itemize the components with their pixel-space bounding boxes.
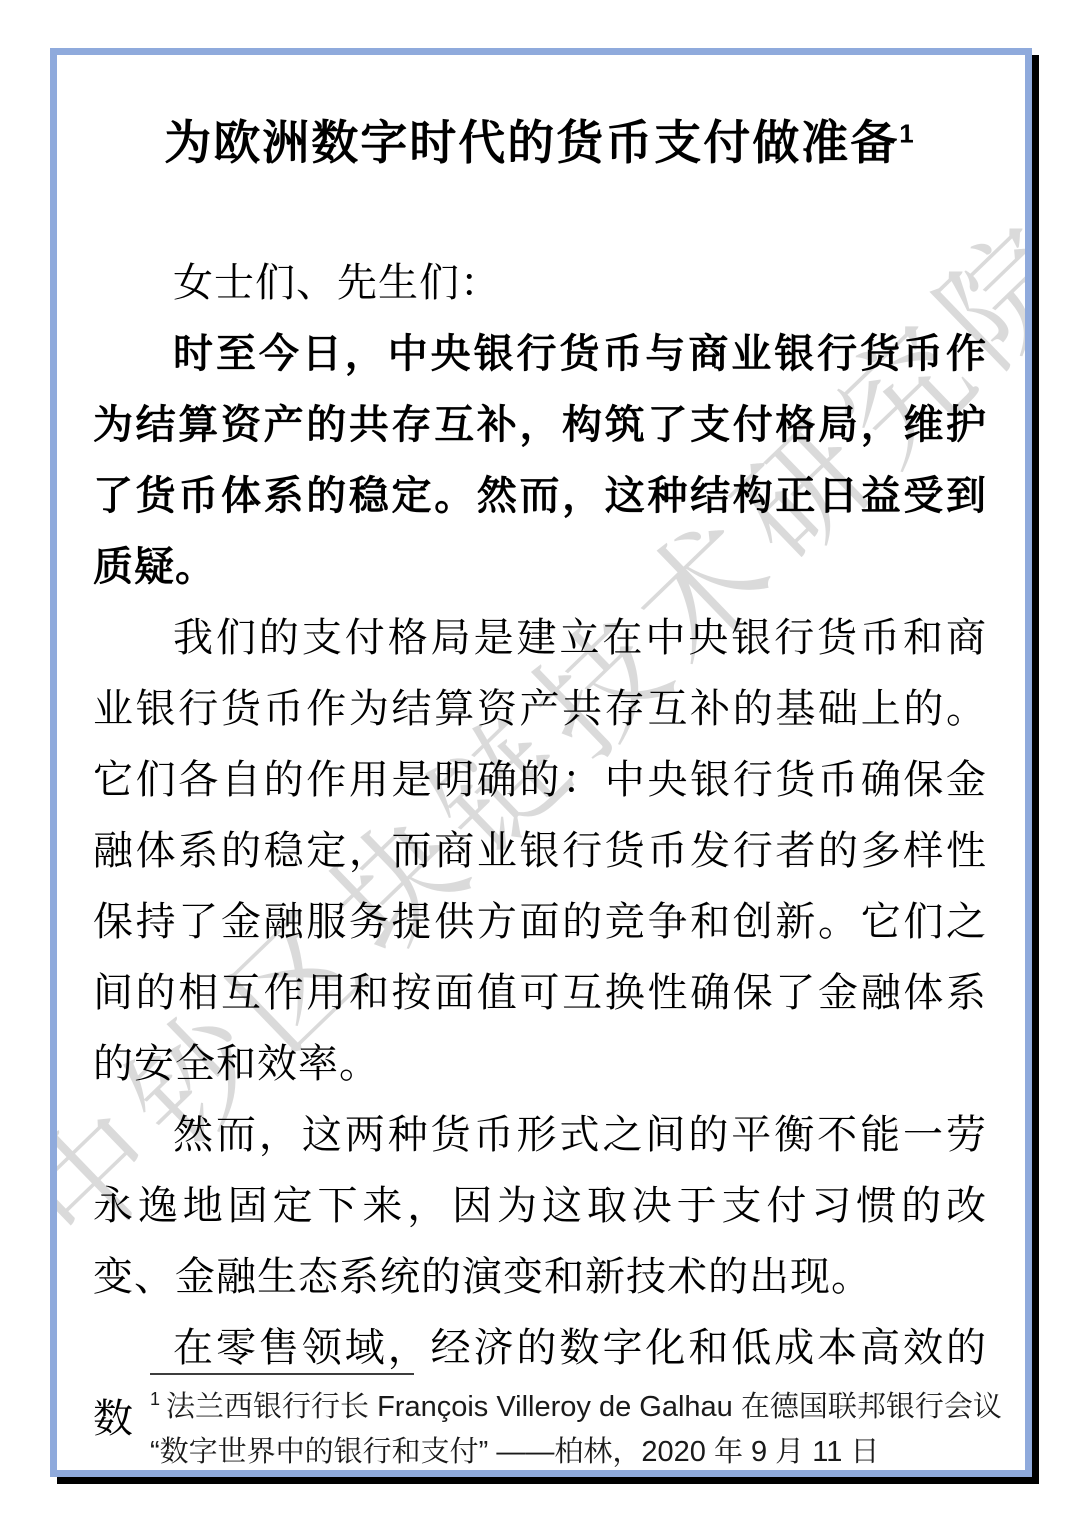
document-page: 中钞区块链技术研究院 为欧洲数字时代的货币支付做准备1 女士们、先生们： 时至今… <box>0 0 1080 1528</box>
footnote-block: 1法兰西银行行长 François Villeroy de Galhau 在德国… <box>150 1373 1032 1475</box>
document-body: 为欧洲数字时代的货币支付做准备1 女士们、先生们： 时至今日，中央银行货币与商业… <box>57 55 1025 1454</box>
page-title: 为欧洲数字时代的货币支付做准备1 <box>93 115 987 171</box>
paragraph-2: 我们的支付格局是建立在中央银行货币和商业银行货币作为结算资产共存互补的基础上的。… <box>93 602 987 1099</box>
title-footnote-marker: 1 <box>899 118 915 148</box>
footnote-text: 1法兰西银行行长 François Villeroy de Galhau 在德国… <box>150 1385 1032 1475</box>
paragraph-3: 然而，这两种货币形式之间的平衡不能一劳永逸地固定下来，因为这取决于支付习惯的改变… <box>93 1099 987 1312</box>
page-border: 中钞区块链技术研究院 为欧洲数字时代的货币支付做准备1 女士们、先生们： 时至今… <box>50 48 1032 1477</box>
footnote-marker: 1 <box>150 1389 160 1409</box>
paragraph-1: 时至今日，中央银行货币与商业银行货币作为结算资产的共存互补，构筑了支付格局，维护… <box>93 318 987 602</box>
footnote-separator-rule <box>150 1373 414 1375</box>
salutation-line: 女士们、先生们： <box>93 247 987 318</box>
page-title-text: 为欧洲数字时代的货币支付做准备 <box>164 116 899 169</box>
footnote-citation: 法兰西银行行长 François Villeroy de Galhau 在德国联… <box>150 1391 1002 1468</box>
